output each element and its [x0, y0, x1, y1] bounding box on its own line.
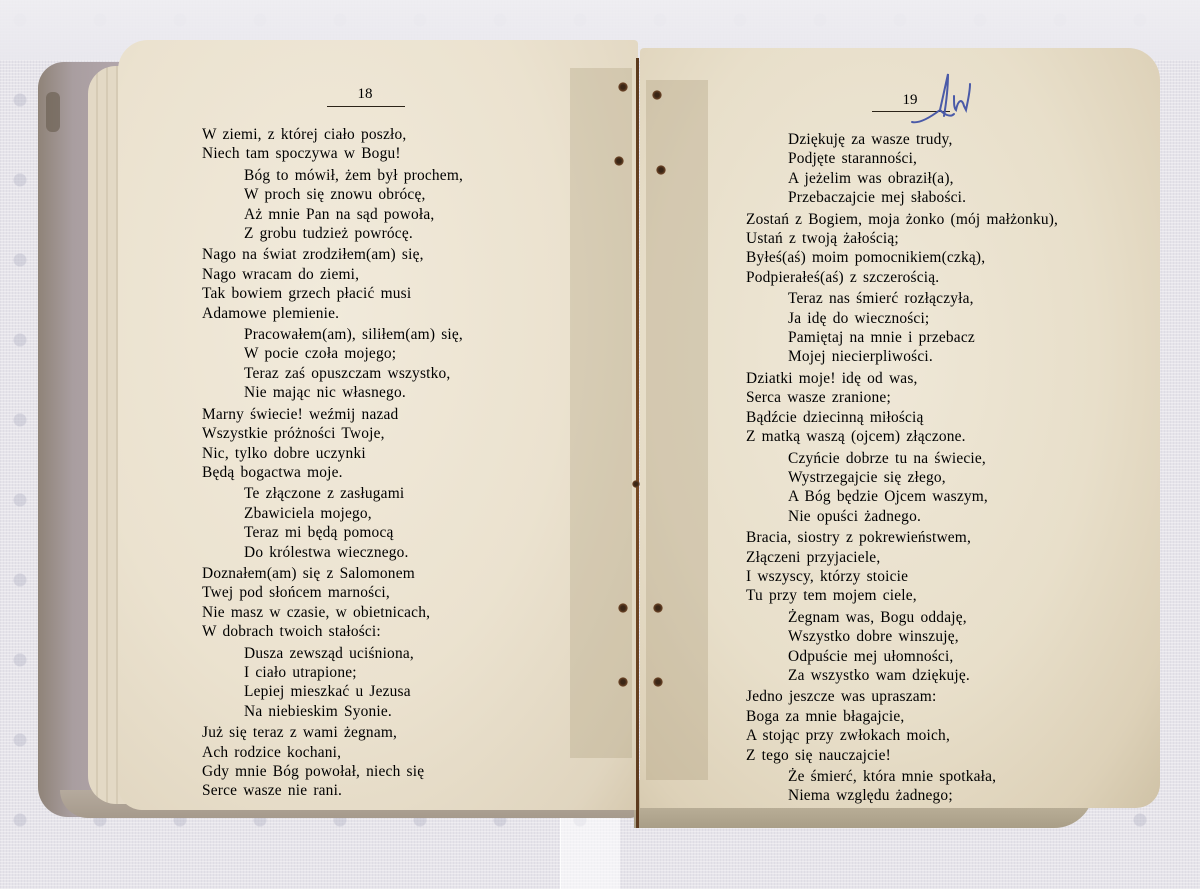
stitch-hole-icon — [632, 480, 640, 488]
verse-line: Za wszystko wam dziękuję. — [788, 666, 1058, 685]
verse-line: Dusza zewsząd uciśniona, — [244, 644, 463, 663]
handwritten-signature-icon — [910, 70, 980, 130]
stanza: Czyńcie dobrze tu na świecie,Wystrzegajc… — [746, 449, 1058, 527]
verse-line: W dobrach twoich stałości: — [202, 622, 463, 641]
verse-line: W ziemi, z której ciało poszło, — [202, 125, 463, 144]
verse-line: Zbawiciela mojego, — [244, 504, 463, 523]
stanza: Te złączone z zasługamiZbawiciela mojego… — [202, 484, 463, 562]
transparent-tape — [560, 818, 620, 889]
stanza: Doznałem(am) się z SalomonemTwej pod sło… — [202, 564, 463, 642]
verse-line: Podjęte staranności, — [788, 149, 1058, 168]
verse-line: Z matką waszą (ojcem) złączone. — [746, 427, 1058, 446]
verse-line: Pracowałem(am), siliłem(am) się, — [244, 325, 463, 344]
verse-line: Ustań z twoją żałością; — [746, 229, 1058, 248]
verse-line: Mojej niecierpliwości. — [788, 347, 1058, 366]
stitch-hole-icon — [652, 90, 662, 100]
verse-line: Doznałem(am) się z Salomonem — [202, 564, 463, 583]
stanza: Zostań z Bogiem, moja żonko (mój małżonk… — [746, 210, 1058, 288]
verse-line: Marny świecie! weźmij nazad — [202, 405, 463, 424]
stanza: Dziękuję za wasze trudy,Podjęte staranno… — [746, 130, 1058, 208]
verse-line: Boga za mnie błagajcie, — [746, 707, 1058, 726]
verse-line: I ciało utrapione; — [244, 663, 463, 682]
gutter-tape-left — [570, 68, 632, 758]
verse-line: Teraz nas śmierć rozłączyła, — [788, 289, 1058, 308]
verse-line: Z tego się nauczajcie! — [746, 746, 1058, 765]
stanza: Żegnam was, Bogu oddaję,Wszystko dobre w… — [746, 608, 1058, 686]
verse-line: Nie opuści żadnego. — [788, 507, 1058, 526]
verse-line: Bracia, siostry z pokrewieństwem, — [746, 528, 1058, 547]
verse-line: Wszystkie próżności Twoje, — [202, 424, 463, 443]
stanza: Marny świecie! weźmij nazadWszystkie pró… — [202, 405, 463, 483]
verse-line: Będą bogactwa moje. — [202, 463, 463, 482]
right-page-verse: Dziękuję za wasze trudy,Podjęte staranno… — [746, 130, 1058, 808]
stanza: Jedno jeszcze was upraszam:Boga za mnie … — [746, 687, 1058, 765]
gutter-tape-right — [646, 80, 708, 780]
verse-line: Gdy mnie Bóg powołał, niech się — [202, 762, 463, 781]
verse-line: I wszyscy, którzy stoicie — [746, 567, 1058, 586]
stitch-hole-icon — [656, 165, 666, 175]
verse-line: Serca wasze zranione; — [746, 388, 1058, 407]
verse-line: Złączeni przyjaciele, — [746, 548, 1058, 567]
verse-line: Tak bowiem grzech płacić musi — [202, 284, 463, 303]
left-page-verse: W ziemi, z której ciało poszło,Niech tam… — [202, 125, 463, 803]
verse-line: Przebaczajcie mej słabości. — [788, 188, 1058, 207]
stitch-hole-icon — [618, 82, 628, 92]
page-number-rule-left — [327, 106, 405, 107]
stitch-hole-icon — [653, 677, 663, 687]
verse-line: Te złączone z zasługami — [244, 484, 463, 503]
verse-line: Nie mając nic własnego. — [244, 383, 463, 402]
stanza: Dziatki moje! idę od was,Serca wasze zra… — [746, 369, 1058, 447]
verse-line: Ach rodzice kochani, — [202, 743, 463, 762]
verse-line: Żegnam was, Bogu oddaję, — [788, 608, 1058, 627]
verse-line: Serce wasze nie rani. — [202, 781, 463, 800]
verse-line: Nie masz w czasie, w obietnicach, — [202, 603, 463, 622]
verse-line: Ja idę do wieczności; — [788, 309, 1058, 328]
stanza: Teraz nas śmierć rozłączyła,Ja idę do wi… — [746, 289, 1058, 367]
stanza: Bóg to mówił, żem był prochem,W proch si… — [202, 166, 463, 244]
verse-line: Twej pod słońcem marności, — [202, 583, 463, 602]
verse-line: Odpuście mej ułomności, — [788, 647, 1058, 666]
stanza: Już się teraz z wami żegnam,Ach rodzice … — [202, 723, 463, 801]
verse-line: Dziatki moje! idę od was, — [746, 369, 1058, 388]
verse-line: Z grobu tudzież powrócę. — [244, 224, 463, 243]
verse-line: Aż mnie Pan na sąd powoła, — [244, 205, 463, 224]
stitch-hole-icon — [618, 677, 628, 687]
verse-line: Nic, tylko dobre uczynki — [202, 444, 463, 463]
stitch-hole-icon — [618, 603, 628, 613]
verse-line: Zostań z Bogiem, moja żonko (mój małżonk… — [746, 210, 1058, 229]
verse-line: Tu przy tem mojem ciele, — [746, 586, 1058, 605]
verse-line: Adamowe plemienie. — [202, 304, 463, 323]
book-spine-gutter — [636, 58, 639, 828]
stitch-hole-icon — [614, 156, 624, 166]
stanza: Dusza zewsząd uciśniona,I ciało utrapion… — [202, 644, 463, 722]
stanza: Że śmierć, która mnie spotkała,Niema wzg… — [746, 767, 1058, 806]
verse-line: Wystrzegajcie się złego, — [788, 468, 1058, 487]
verse-line: Że śmierć, która mnie spotkała, — [788, 767, 1058, 786]
stanza: W ziemi, z której ciało poszło,Niech tam… — [202, 125, 463, 164]
page-number-left: 18 — [325, 86, 405, 103]
verse-line: Bądźcie dziecinną miłością — [746, 408, 1058, 427]
verse-line: Na niebieskim Syonie. — [244, 702, 463, 721]
verse-line: Jedno jeszcze was upraszam: — [746, 687, 1058, 706]
verse-line: Wszystko dobre winszuję, — [788, 627, 1058, 646]
verse-line: Pamiętaj na mnie i przebacz — [788, 328, 1058, 347]
stanza: Nago na świat zrodziłem(am) się,Nago wra… — [202, 245, 463, 323]
verse-line: Niech tam spoczywa w Bogu! — [202, 144, 463, 163]
verse-line: Podpierałeś(aś) z szczerością. — [746, 268, 1058, 287]
stitch-hole-icon — [653, 603, 663, 613]
verse-line: Teraz zaś opuszczam wszystko, — [244, 364, 463, 383]
verse-line: W proch się znowu obrócę, — [244, 185, 463, 204]
stanza: Pracowałem(am), siliłem(am) się,W pocie … — [202, 325, 463, 403]
verse-line: Czyńcie dobrze tu na świecie, — [788, 449, 1058, 468]
verse-line: Nago na świat zrodziłem(am) się, — [202, 245, 463, 264]
verse-line: Już się teraz z wami żegnam, — [202, 723, 463, 742]
verse-line: Byłeś(aś) moim pomocnikiem(czką), — [746, 248, 1058, 267]
verse-line: Niema względu żadnego; — [788, 786, 1058, 805]
verse-line: Do królestwa wiecznego. — [244, 543, 463, 562]
verse-line: Teraz mi będą pomocą — [244, 523, 463, 542]
verse-line: Bóg to mówił, żem był prochem, — [244, 166, 463, 185]
verse-line: Nago wracam do ziemi, — [202, 265, 463, 284]
verse-line: Dziękuję za wasze trudy, — [788, 130, 1058, 149]
verse-line: A Bóg będzie Ojcem waszym, — [788, 487, 1058, 506]
verse-line: Lepiej mieszkać u Jezusa — [244, 682, 463, 701]
stanza: Bracia, siostry z pokrewieństwem,Złączen… — [746, 528, 1058, 606]
verse-line: A stojąc przy zwłokach moich, — [746, 726, 1058, 745]
verse-line: W pocie czoła mojego; — [244, 344, 463, 363]
verse-line: A jeżelim was obraził(a), — [788, 169, 1058, 188]
